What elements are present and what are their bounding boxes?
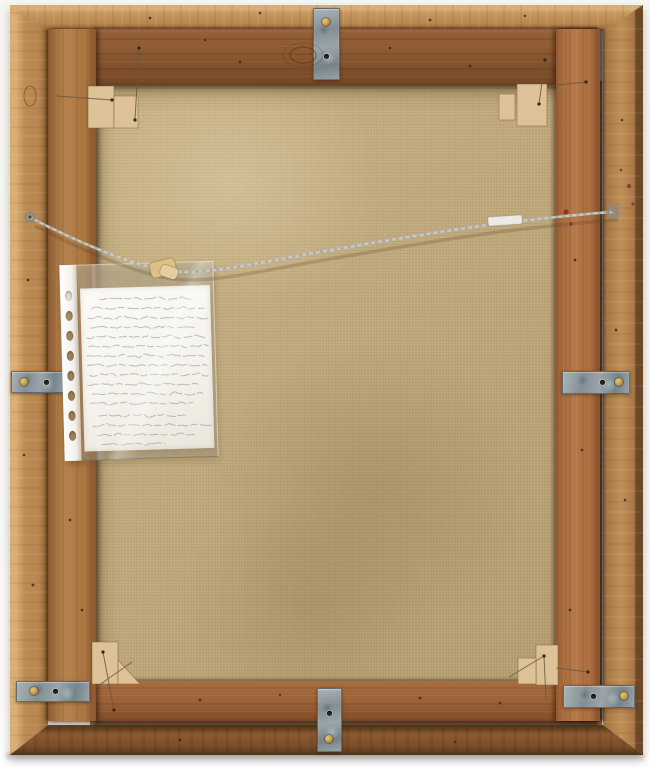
wire-wax-tag <box>148 257 179 280</box>
red-paint-spots <box>563 169 634 226</box>
wire-tape-marker <box>488 215 523 226</box>
frame-drop-shadow <box>6 753 644 762</box>
wood-knot <box>290 47 316 63</box>
corner-keys-top-left <box>56 46 141 128</box>
corner-keys-bottom-right <box>509 645 590 700</box>
detail-overlay <box>0 0 650 768</box>
photo-backdrop <box>0 0 650 768</box>
hanging-wire <box>26 204 619 280</box>
corner-keys-bottom-left <box>92 642 140 712</box>
corner-keys-top-right <box>499 58 588 126</box>
wood-knot-left <box>24 86 36 106</box>
